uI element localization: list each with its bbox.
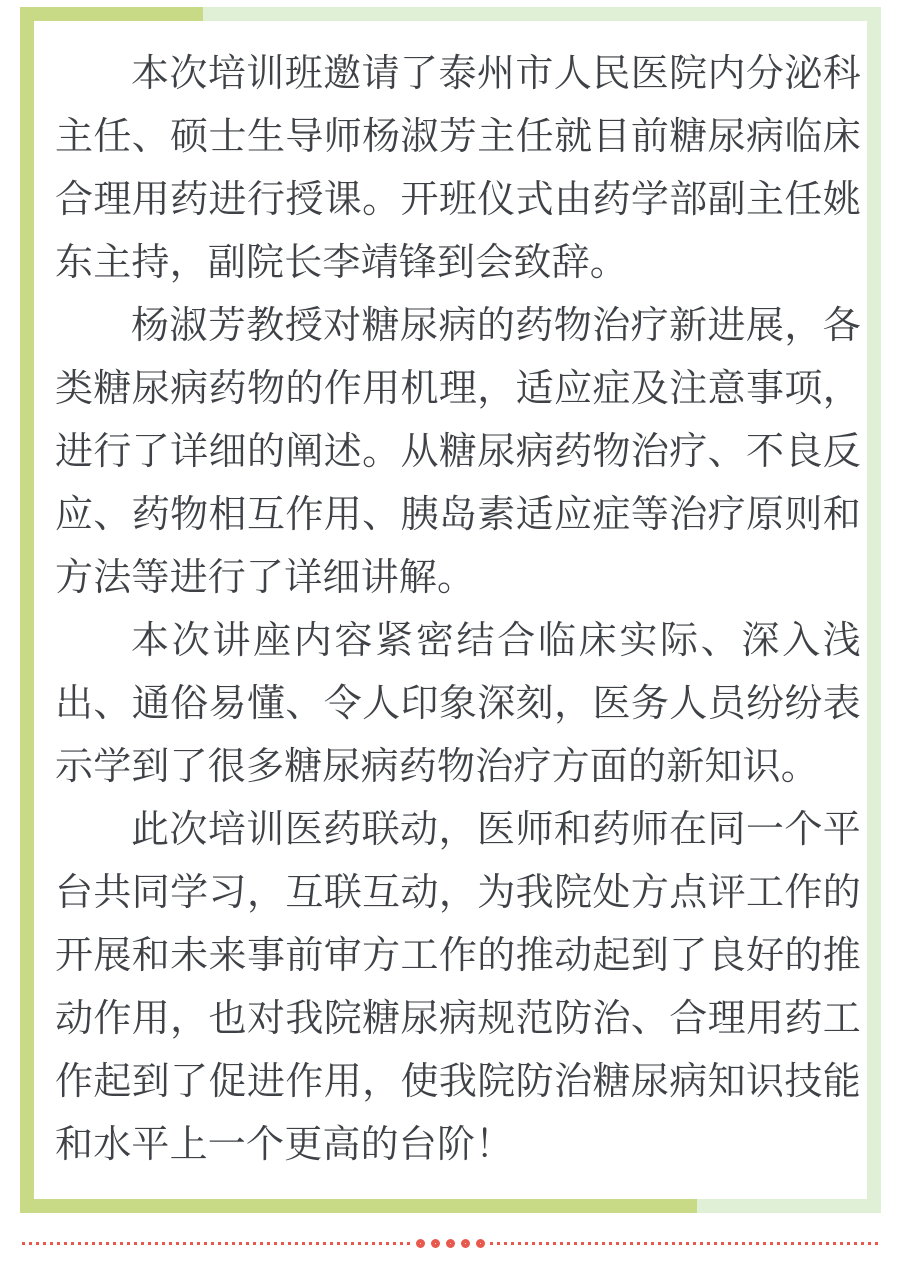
paragraph: 本次讲座内容紧密结合临床实际、深入浅出、通俗易懂、令人印象深刻，医务人员纷纷表示… [55,610,861,799]
frame-left-border [20,7,34,1213]
frame-bottom-dark-segment [20,1199,697,1213]
dotted-line-left [22,1242,411,1245]
ring-icon [476,1239,485,1248]
ring-icon [431,1239,440,1248]
bottom-divider [22,1232,878,1254]
frame-top-dark-segment [20,7,203,21]
frame-top-light-segment [203,7,881,21]
page-canvas: 本次培训班邀请了泰州市人民医院内分泌科主任、硕士生导师杨淑芳主任就目前糖尿病临床… [0,0,900,1265]
frame-right-border [867,7,881,1213]
ring-icon [446,1239,455,1248]
ring-icon [461,1239,470,1248]
frame-bottom-light-segment [697,1199,881,1213]
divider-rings [411,1239,490,1248]
paragraph: 本次培训班邀请了泰州市人民医院内分泌科主任、硕士生导师杨淑芳主任就目前糖尿病临床… [55,43,861,295]
ring-icon [416,1239,425,1248]
dotted-line-right [490,1242,879,1245]
article-body: 本次培训班邀请了泰州市人民医院内分泌科主任、硕士生导师杨淑芳主任就目前糖尿病临床… [55,43,861,1177]
paragraph: 此次培训医药联动，医师和药师在同一个平台共同学习，互联互动，为我院处方点评工作的… [55,799,861,1177]
paragraph: 杨淑芳教授对糖尿病的药物治疗新进展，各类糖尿病药物的作用机理，适应症及注意事项，… [55,295,861,610]
